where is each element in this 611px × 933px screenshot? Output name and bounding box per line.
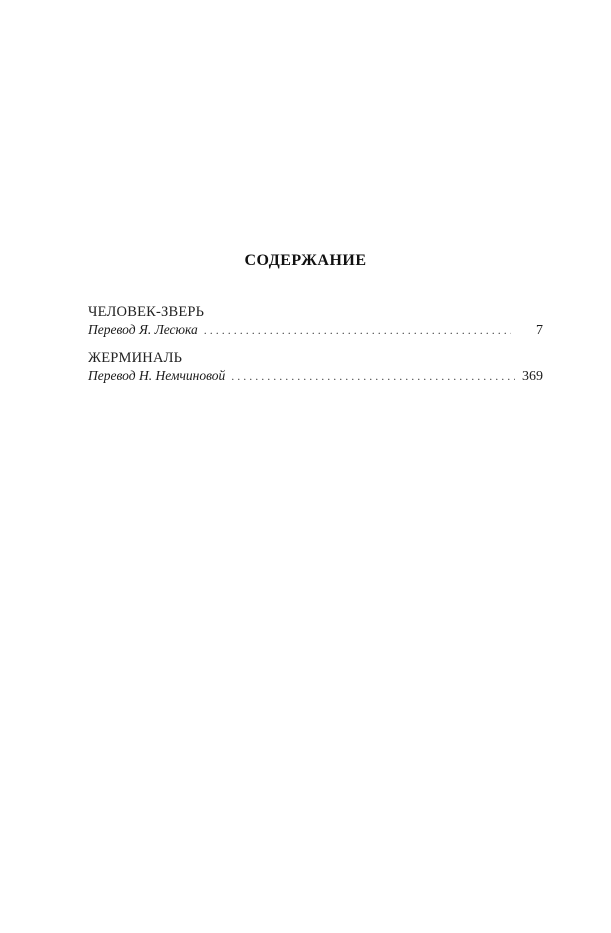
page-number: 7 xyxy=(511,322,543,340)
toc-entry: ЖЕРМИНАЛЬ Перевод Н. Немчиновой 369 xyxy=(88,349,543,386)
translator-line: Перевод Я. Лесюка 7 xyxy=(88,321,543,340)
page-number: 369 xyxy=(515,368,543,386)
translator-credit: Перевод Я. Лесюка xyxy=(88,321,204,339)
table-of-contents-title: СОДЕРЖАНИЕ xyxy=(0,252,611,270)
dot-leader xyxy=(231,367,515,385)
book-page: СОДЕРЖАНИЕ ЧЕЛОВЕК-ЗВЕРЬ Перевод Я. Лесю… xyxy=(0,0,611,933)
work-title: ЧЕЛОВЕК-ЗВЕРЬ xyxy=(88,303,543,321)
translator-line: Перевод Н. Немчиновой 369 xyxy=(88,367,543,386)
work-title: ЖЕРМИНАЛЬ xyxy=(88,349,543,367)
dot-leader xyxy=(204,321,511,339)
translator-credit: Перевод Н. Немчиновой xyxy=(88,367,231,385)
table-of-contents-list: ЧЕЛОВЕК-ЗВЕРЬ Перевод Я. Лесюка 7 ЖЕРМИН… xyxy=(88,303,543,395)
toc-entry: ЧЕЛОВЕК-ЗВЕРЬ Перевод Я. Лесюка 7 xyxy=(88,303,543,340)
